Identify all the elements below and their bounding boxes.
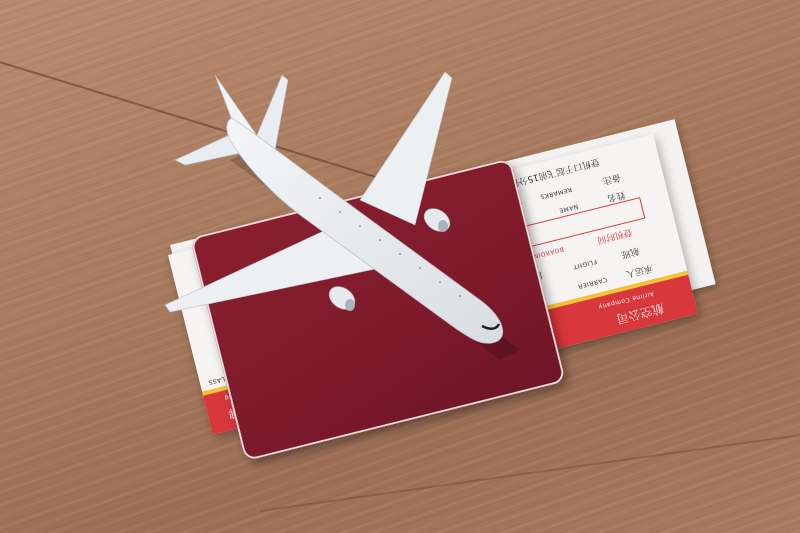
right-engine xyxy=(420,204,454,236)
left-engine xyxy=(325,282,359,314)
fuselage xyxy=(227,118,503,343)
right-wing xyxy=(360,72,452,225)
model-airplane xyxy=(0,0,800,533)
left-engine-intake xyxy=(345,299,355,311)
photo-scene: 登机口于起飞前15分钟关 备注 REMARKS 姓名 NAME 登机时间 BOA… xyxy=(0,0,800,533)
right-engine-intake xyxy=(438,220,448,232)
